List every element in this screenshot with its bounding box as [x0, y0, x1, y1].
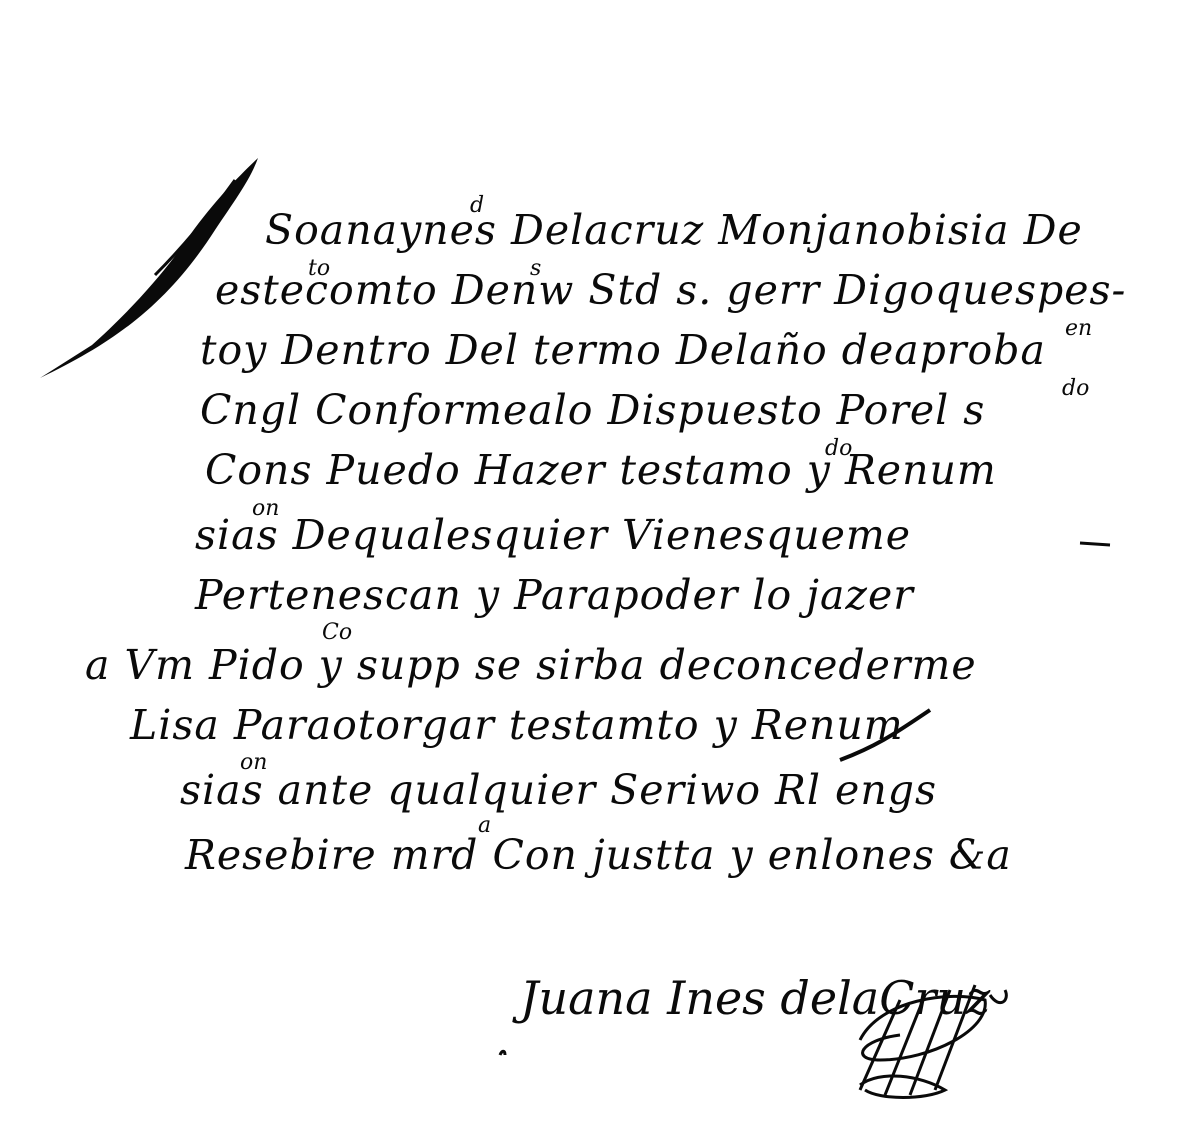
superscript: on [252, 498, 279, 520]
manuscript-line-3: toy Dentro Del termo Delaño deaproba [200, 330, 1046, 371]
manuscript-line-10: sias ante qualquier Seriwo Rl engs [180, 770, 937, 811]
superscript: do [825, 438, 852, 460]
superscript: on [240, 752, 267, 774]
superscript: do [1062, 378, 1089, 400]
superscript: Co [322, 622, 352, 644]
manuscript-line-8: a Vm Pido y supp se sirba deconcederme [85, 645, 977, 686]
signature: Juana Ines delaCruz [520, 975, 990, 1021]
superscript: s [530, 258, 541, 280]
manuscript-line-5: Cons Puedo Hazer testamo y Renum [205, 450, 997, 491]
manuscript-page: Soanaynes Delacruz Monjanobisia De d est… [0, 0, 1200, 1134]
superscript: d [470, 195, 484, 217]
superscript: en [1065, 318, 1092, 340]
manuscript-line-6: sias Dequalesquier Vienesqueme [195, 515, 911, 556]
left-margin-flourish-icon [0, 0, 1200, 1134]
manuscript-line-11: Resebire mrd Con justta y enlones &a [185, 835, 1012, 876]
manuscript-line-9: Lisa Paraotorgar testamto y Renum [130, 705, 904, 746]
manuscript-line-7: Pertenescan y Parapoder lo jazer [195, 575, 914, 616]
manuscript-line-4: Cngl Conformealo Dispuesto Porel s [200, 390, 985, 431]
superscript: to [308, 258, 330, 280]
signature-rubric-icon [0, 0, 1200, 1134]
manuscript-line-2: estecomto Denw Std s. gerr Digoquespes- [215, 270, 1126, 311]
superscript: a [478, 815, 491, 837]
manuscript-line-1: Soanaynes Delacruz Monjanobisia De [265, 210, 1083, 251]
